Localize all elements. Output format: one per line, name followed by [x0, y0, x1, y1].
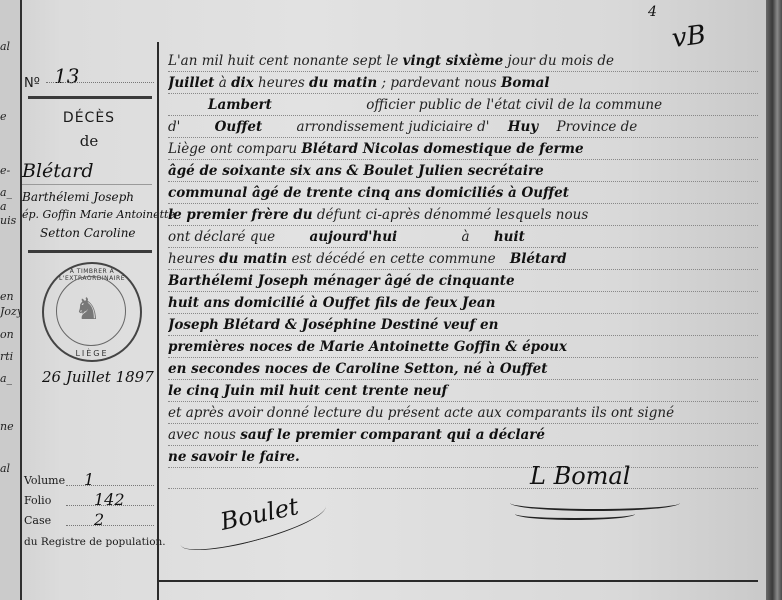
section-rule	[28, 96, 152, 99]
record-number: Nº 13	[24, 72, 154, 91]
printed-text: officier public de l'état civil de la co…	[276, 97, 662, 113]
printed-text: ont déclaré que	[168, 229, 275, 245]
record-type-de: de	[22, 132, 156, 150]
body-line: le premier frère du défunt ci-après déno…	[168, 204, 758, 226]
prev-page-fragment: Jozy	[0, 305, 20, 318]
tax-stamp: A TIMBRER A L'EXTRAORDINAIRE ♞ LIÈGE	[42, 262, 142, 362]
handwritten-text: sauf le premier comparant qui a déclaré	[240, 427, 545, 443]
dotted-rule	[66, 525, 154, 526]
printed-text: heures	[168, 251, 215, 267]
deceased-spouse-1: ép. Goffin Marie Antoinette	[22, 208, 175, 221]
body-line: Juillet à dix heures du matin ; pardevan…	[168, 72, 758, 94]
margin-column: Nº 13 DÉCÈS de Blétard Barthélemi Joseph…	[22, 0, 156, 600]
handwritten-text: en secondes noces de Caroline Setton, né…	[168, 361, 547, 377]
printed-text: à	[219, 75, 227, 91]
deceased-surname: Blétard	[22, 160, 94, 182]
record-number-label: Nº	[24, 76, 40, 91]
prev-page-fragment: uis	[0, 214, 20, 227]
ruled-line	[168, 467, 758, 468]
volume-label: Volume	[24, 474, 65, 487]
body-line: d' Ouffet arrondissement judiciaire d' H…	[168, 116, 758, 138]
folio-label: Folio	[24, 494, 51, 507]
record-end-rule	[158, 580, 758, 582]
prev-page-fragment: a_	[0, 372, 20, 385]
handwritten-text: aujourd'hui	[279, 229, 457, 245]
handwritten-text: huit	[474, 229, 525, 245]
printed-text: d'	[168, 119, 180, 135]
body-line: en secondes noces de Caroline Setton, né…	[168, 358, 758, 380]
body-line: Liège ont comparu Blétard Nicolas domest…	[168, 138, 758, 160]
handwritten-text: Barthélemi Joseph ménager âgé de cinquan…	[168, 273, 515, 289]
dotted-rule	[66, 505, 154, 506]
officer-signature: L Bomal	[530, 462, 630, 490]
handwritten-text: Joseph Blétard & Joséphine Destiné veuf …	[168, 317, 498, 333]
handwritten-text: du matin	[219, 251, 287, 267]
body-line: Barthélemi Joseph ménager âgé de cinquan…	[168, 270, 758, 292]
body-line: huit ans domicilié à Ouffet fils de feux…	[168, 292, 758, 314]
body-line: ne savoir le faire.	[168, 446, 758, 468]
register-folio: Folio 142	[24, 494, 154, 507]
body-line: et après avoir donné lecture du présent …	[168, 402, 758, 424]
previous-page-edge: al e e- a_ a uis en Jozy on rti a_ ne al	[0, 0, 22, 600]
handwritten-text: le cinq Juin mil huit cent trente neuf	[168, 383, 447, 399]
signature-flourish	[515, 508, 635, 520]
handwritten-text: Lambert	[168, 97, 272, 113]
body-line: premières noces de Marie Antoinette Goff…	[168, 336, 758, 358]
body-line: communal âgé de trente cinq ans domicili…	[168, 182, 758, 204]
printed-text: à	[461, 229, 469, 245]
printed-text: arrondissement judiciaire d'	[297, 119, 490, 135]
handwritten-text: premières noces de Marie Antoinette Goff…	[168, 339, 567, 355]
section-rule	[28, 250, 152, 253]
handwritten-text: le premier frère du	[168, 207, 313, 223]
handwritten-text: communal âgé de trente cinq ans domicili…	[168, 185, 569, 201]
lion-emblem-icon: ♞	[74, 292, 101, 327]
printed-text: est décédé en cette commune	[292, 251, 496, 267]
handwritten-text: vingt sixième	[403, 53, 504, 69]
handwritten-text: âgé de soixante six ans & Boulet Julien …	[168, 163, 544, 179]
register-footer: du Registre de population.	[24, 536, 166, 548]
column-divider	[157, 42, 159, 600]
prev-page-fragment: e	[0, 110, 20, 123]
ruled-line	[168, 488, 758, 489]
dotted-rule	[46, 82, 154, 83]
printed-text: Liège ont comparu	[168, 141, 297, 157]
handwritten-text: Blétard Nicolas domestique de ferme	[301, 141, 583, 157]
body-line: ont déclaré que aujourd'hui à huit	[168, 226, 758, 248]
handwritten-text: Blétard	[500, 251, 567, 267]
printed-text: heures	[258, 75, 305, 91]
handwritten-text: ne savoir le faire.	[168, 449, 300, 465]
body-line: Joseph Blétard & Joséphine Destiné veuf …	[168, 314, 758, 336]
handwritten-text: Bomal	[501, 75, 550, 91]
handwritten-text: du matin	[309, 75, 377, 91]
case-value: 2	[94, 510, 104, 529]
body-line: âgé de soixante six ans & Boulet Julien …	[168, 160, 758, 182]
body-line: le cinq Juin mil huit cent trente neuf	[168, 380, 758, 402]
stamp-city: LIÈGE	[44, 349, 140, 358]
register-page: al e e- a_ a uis en Jozy on rti a_ ne al…	[0, 0, 770, 600]
case-label: Case	[24, 514, 51, 527]
prev-page-fragment: al	[0, 462, 20, 475]
page-number: 4	[648, 4, 657, 20]
book-binding	[766, 0, 782, 600]
register-case: Case 2	[24, 514, 154, 527]
prev-page-fragment: e-	[0, 164, 20, 177]
printed-text: Province de	[557, 119, 638, 135]
prev-page-fragment: al	[0, 40, 20, 53]
deceased-spouse-2: Setton Caroline	[40, 226, 136, 240]
handwritten-text: huit ans domicilié à Ouffet fils de feux…	[168, 295, 496, 311]
printed-text: avec nous	[168, 427, 236, 443]
prev-page-fragment: a_	[0, 186, 20, 199]
handwritten-text: dix	[231, 75, 254, 91]
volume-value: 1	[84, 470, 94, 489]
printed-text: L'an mil huit cent nonante sept le	[168, 53, 398, 69]
prev-page-fragment: on	[0, 328, 20, 341]
margin-date: 26 Juillet 1897	[42, 368, 154, 386]
handwritten-text: Juillet	[168, 75, 214, 91]
handwritten-text: Ouffet	[185, 119, 293, 135]
prev-page-fragment: ne	[0, 420, 20, 433]
prev-page-fragment: rti	[0, 350, 20, 363]
record-type-title: DÉCÈS	[22, 110, 156, 126]
folio-value: 142	[94, 490, 125, 509]
dotted-rule	[66, 485, 154, 486]
register-volume: Volume 1	[24, 474, 154, 487]
handwritten-text: Huy	[494, 119, 552, 135]
prev-page-fragment: a	[0, 200, 20, 213]
body-line: heures du matin est décédé en cette comm…	[168, 248, 758, 270]
printed-text: ; pardevant nous	[382, 75, 497, 91]
dotted-rule	[22, 184, 152, 185]
record-number-value: 13	[54, 64, 79, 88]
body-line: L'an mil huit cent nonante sept le vingt…	[168, 50, 758, 72]
body-line: Lambert officier public de l'état civil …	[168, 94, 758, 116]
prev-page-fragment: en	[0, 290, 20, 303]
printed-text: défunt ci-après dénommé lesquels nous	[317, 207, 588, 223]
printed-text: et après avoir donné lecture du présent …	[168, 405, 674, 421]
printed-text: jour du mois de	[508, 53, 614, 69]
deceased-given-names: Barthélemi Joseph	[22, 190, 134, 204]
body-line: avec nous sauf le premier comparant qui …	[168, 424, 758, 446]
